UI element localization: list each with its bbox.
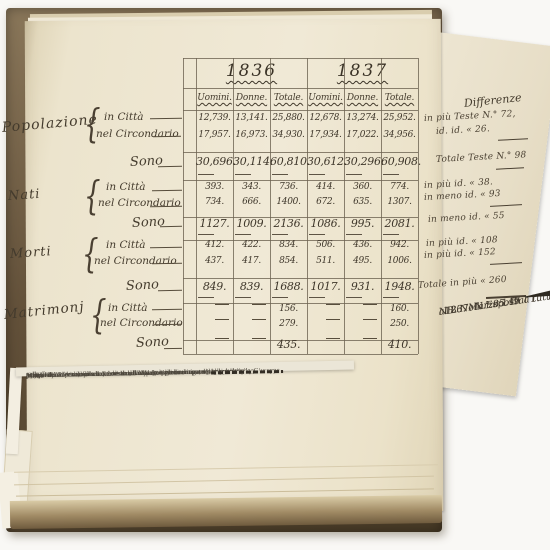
table-cell: 250. [381,319,418,329]
table-cell: 13,141. [233,113,270,123]
table-cell: 635. [344,197,381,207]
table-cell: 672. [307,197,344,207]
table-cell: 834. [270,240,307,250]
table-cell: 1400. [270,197,307,207]
table-total-cell: 1009. [233,217,270,230]
table-cell: 160. [381,304,418,314]
ink-dash [152,190,182,192]
book-photo: 1836 1837 Uomini. Donne. Totale. Uomini.… [0,0,550,550]
table-cell: 1307. [381,197,418,207]
table-cell: 495. [344,256,381,266]
ink-dash [153,136,181,137]
ink-dash [152,263,182,265]
printed-imprint: Mode [26,370,70,380]
table-total-cell: 2136. [270,217,307,230]
table-cell: 17,022. [344,130,381,140]
table-cell: 360. [344,182,381,192]
grid-line-horizontal [183,58,418,59]
table-cell: 436. [344,240,381,250]
grid-line-vertical [418,58,419,354]
table-cell: 854. [270,256,307,266]
empty-cell-dash [363,338,377,339]
table-total-cell: 1127. [196,217,233,230]
ink-dash [150,118,182,120]
empty-cell-dash [215,319,229,320]
table-cell: 25,952. [381,113,418,123]
grid-line-horizontal [183,354,418,355]
table-total-cell: 1017. [307,280,344,293]
empty-cell-dash [215,304,229,305]
table-cell: 422. [233,240,270,250]
table-cell: 736. [270,182,307,192]
table-total-cell: 410. [381,338,418,351]
table-cell: 17,957. [196,130,233,140]
ink-dash [158,290,182,291]
table-cell: 17,934. [307,130,344,140]
ink-dash [150,206,182,208]
grid-line-horizontal [183,180,418,181]
table-total-cell: 30,114. [233,155,270,168]
table-total-cell: 30,696. [196,155,233,168]
ink-dash [150,247,182,249]
table-total-cell: 1688. [270,280,307,293]
table-total-cell: 30,612. [307,155,344,168]
table-total-cell: 30,296. [344,155,381,168]
table-total-cell: 60,810. [270,155,307,168]
grid-line-horizontal [183,152,418,153]
table-cell: 412. [196,240,233,250]
table-total-cell: 60,908. [381,155,418,168]
table-cell: 942. [381,240,418,250]
empty-cell-dash [326,338,340,339]
ink-dash [154,324,182,325]
table-total-cell: 1948. [381,280,418,293]
table-total-cell: 435. [270,338,307,351]
empty-cell-dash [363,304,377,305]
table-cell: 16,973. [233,130,270,140]
table-cell: 414. [307,182,344,192]
table-total-cell: 931. [344,280,381,293]
ink-dash [152,309,182,311]
table-cell: 437. [196,256,233,266]
table-total-cell: 849. [196,280,233,293]
table-cell: 511. [307,256,344,266]
ink-dash-row [198,297,416,298]
empty-cell-dash [215,338,229,339]
grid-line-horizontal [183,88,418,89]
table-cell: 25,880. [270,113,307,123]
table-cell: 156. [270,304,307,314]
empty-cell-dash [326,304,340,305]
ink-dash-row [198,174,416,175]
grid-line-horizontal [183,110,418,111]
table-cell: 774. [381,182,418,192]
table-cell: 12,739. [196,113,233,123]
ink-dash-row [198,234,416,235]
table-cell: 13,274. [344,113,381,123]
table-cell: 734. [196,197,233,207]
grid-line-horizontal [183,278,418,279]
table-cell: 12,678. [307,113,344,123]
table-cell: 506. [307,240,344,250]
empty-cell-dash [363,319,377,320]
empty-cell-dash [252,319,266,320]
empty-cell-dash [252,304,266,305]
ink-dash [164,348,182,349]
table-total-cell: 995. [344,217,381,230]
table-cell: 666. [233,197,270,207]
table-total-cell: 839. [233,280,270,293]
empty-cell-dash [326,319,340,320]
table-cell: 34,930. [270,130,307,140]
table-cell: 1006. [381,256,418,266]
table-cell: 343. [233,182,270,192]
table-total-cell: 2081. [381,217,418,230]
ink-dash [160,226,182,227]
grid-line-vertical [183,58,184,354]
table-cell: 34,956. [381,130,418,140]
table-cell: 279. [270,319,307,329]
table-cell: 393. [196,182,233,192]
empty-cell-dash [252,338,266,339]
table-cell: 417. [233,256,270,266]
ink-dash [158,166,182,167]
table-total-cell: 1086. [307,217,344,230]
